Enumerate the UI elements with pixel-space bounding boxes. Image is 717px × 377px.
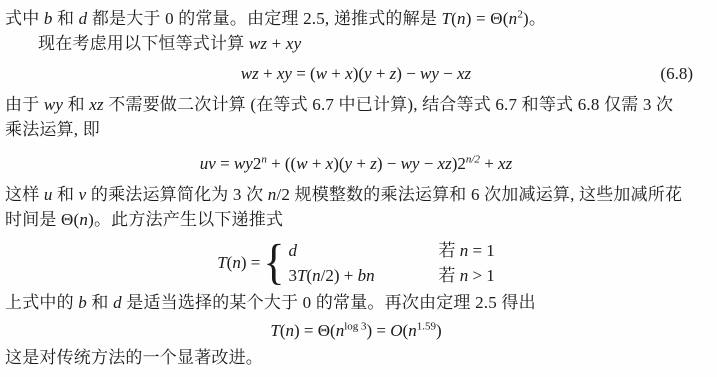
paragraph-simplification: 这样 u 和 v 的乘法运算简化为 3 次 n/2 规模整数的乘法运算和 6 次… [5,182,707,232]
page: 式中 b 和 d 都是大于 0 的常量。由定理 2.5, 递推式的解是 T(n)… [0,0,717,377]
recurrence-cases: d 若 n = 1 3T(n/2) + bn 若 n > 1 [288,238,494,288]
cases-brace: { [260,236,288,290]
paragraph-conclusion: 这是对传统方法的一个显著改进。 [5,345,707,370]
equation-6-8-number: (6.8) [660,60,693,88]
case-1-expression: d [288,238,438,263]
case-2-condition: 若 n > 1 [438,263,494,288]
paragraph-constants-choice: 上式中的 b 和 d 是适当选择的某个大于 0 的常量。再次由定理 2.5 得出 [5,290,707,315]
recurrence-lhs: T(n) = [217,253,260,273]
equation-6-8-row: wz + xy = (w + x)(y + z) − wy − xz (6.8) [5,60,707,88]
paragraph-constants-intro: 式中 b 和 d 都是大于 0 的常量。由定理 2.5, 递推式的解是 T(n)… [5,6,707,31]
paragraph-identity-intro: 现在考虑用以下恒等式计算 wz + xy [5,31,707,56]
equation-6-8: wz + xy = (w + x)(y + z) − wy − xz [241,64,471,83]
equation-theta: T(n) = Θ(nlog 3) = O(n1.59) [270,321,441,340]
case-2-expression: 3T(n/2) + bn [288,263,438,288]
equation-uv-row: uv = wy2n + ((w + x)(y + z) − wy − xz)2n… [5,150,707,178]
recurrence-equation-row: T(n) = { d 若 n = 1 3T(n/2) + bn 若 n > 1 [5,238,707,288]
equation-uv: uv = wy2n + ((w + x)(y + z) − wy − xz)2n… [200,154,512,173]
case-1-condition: 若 n = 1 [438,238,494,263]
paragraph-three-multiplications: 由于 wy 和 xz 不需要做二次计算 (在等式 6.7 中已计算), 结合等式… [5,92,707,142]
equation-theta-row: T(n) = Θ(nlog 3) = O(n1.59) [5,317,707,345]
